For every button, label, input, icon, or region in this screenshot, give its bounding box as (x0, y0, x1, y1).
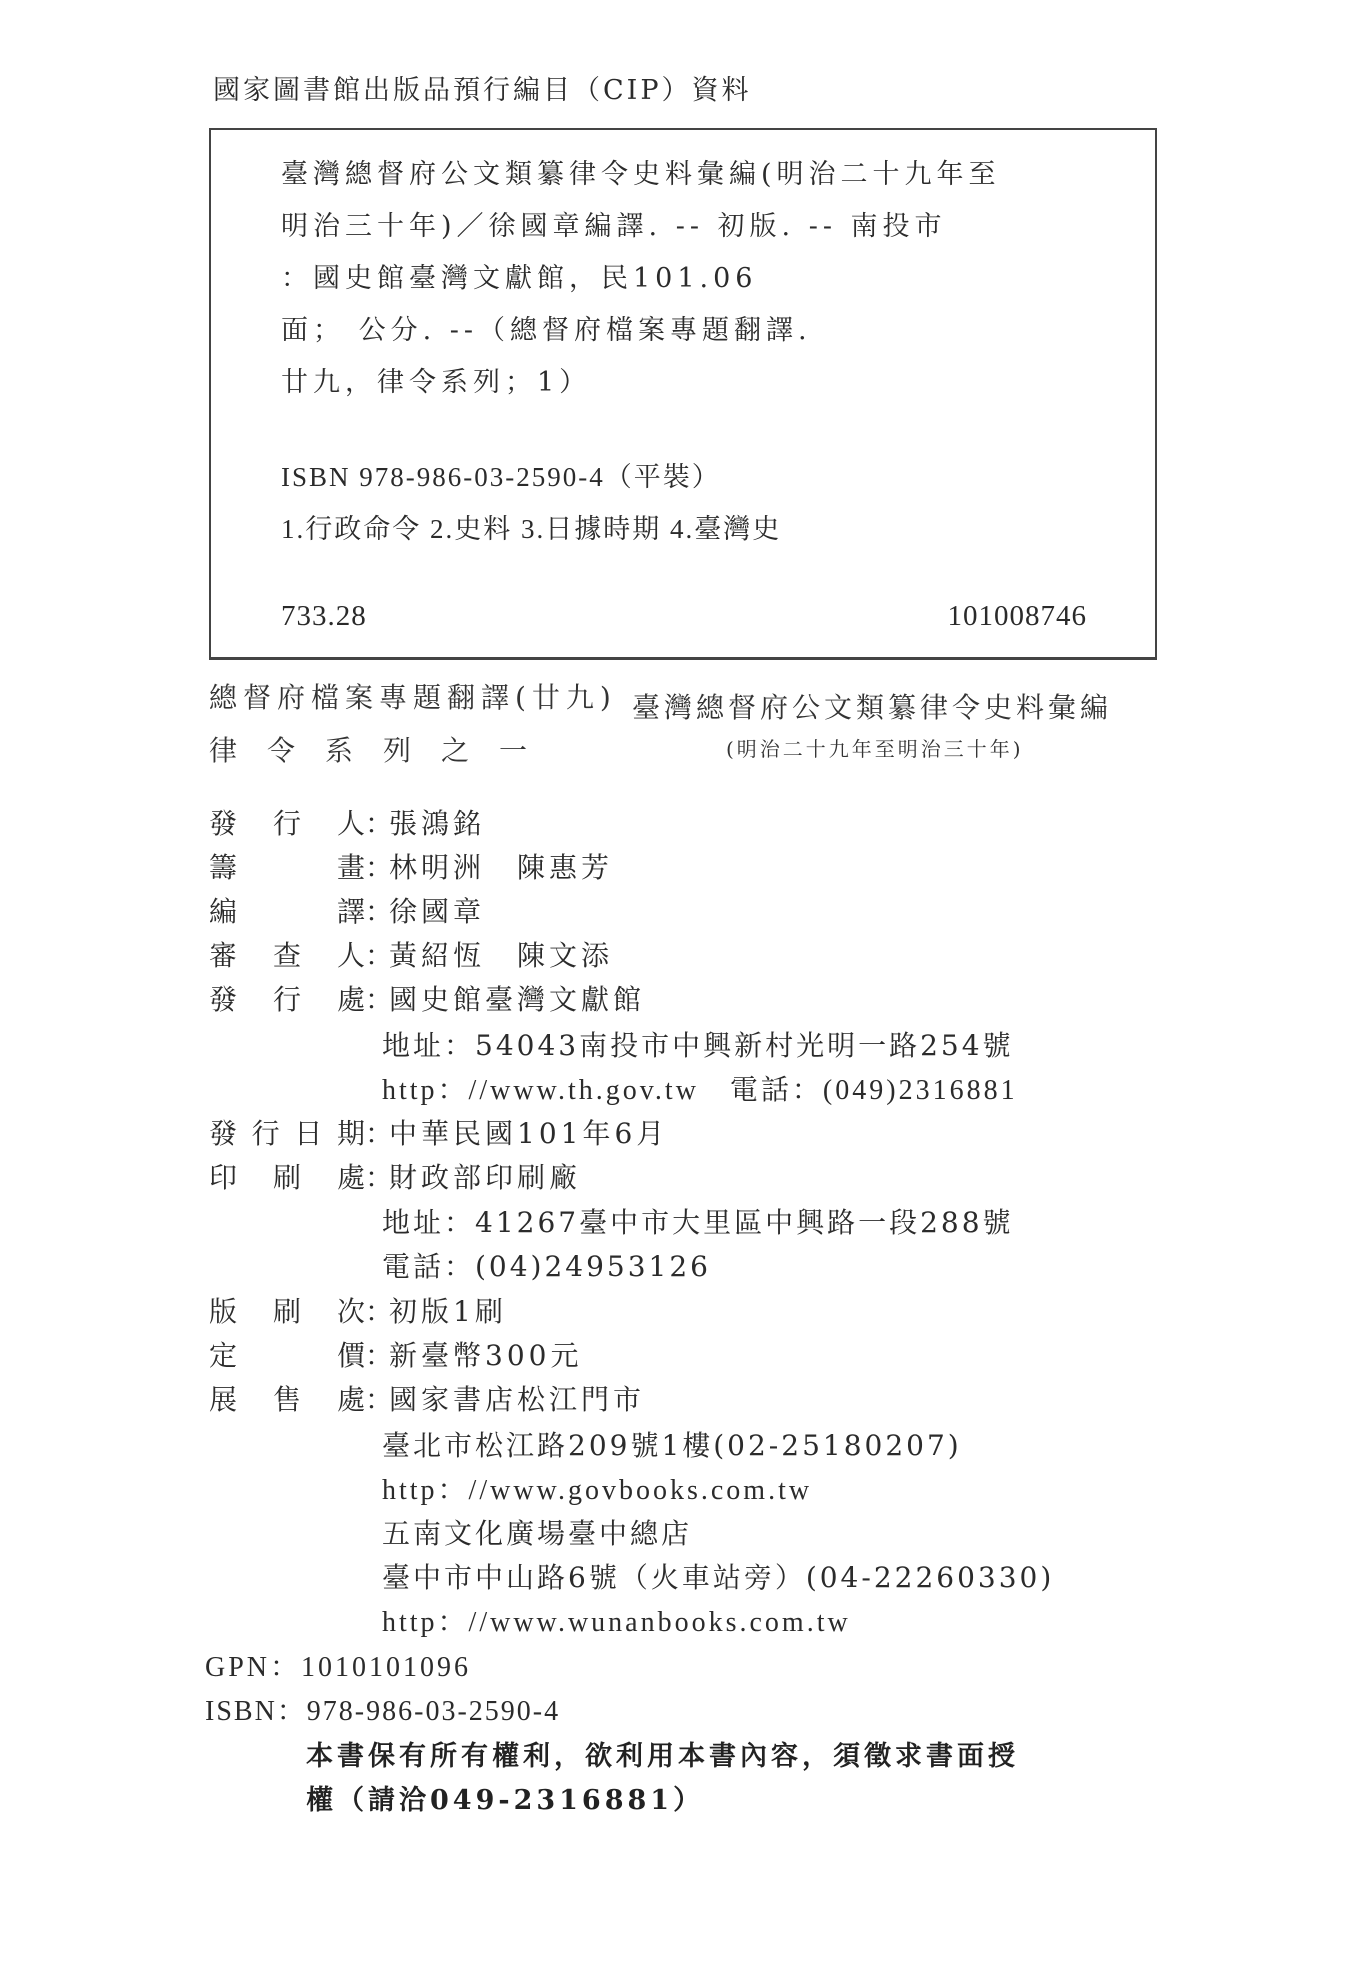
series-subtitle: 律令系列之一 (209, 729, 557, 769)
credit-value: 徐國章 (389, 890, 485, 930)
colon: ： (365, 1378, 389, 1418)
cip-title-line-2: 明治三十年)／徐國章編譯. -- 初版. -- 南投市 (281, 204, 947, 243)
sales-label: 展售處 (209, 1378, 365, 1418)
credit-row-publisher-org: 發行處 ： 國史館臺灣文獻館 (209, 978, 645, 1018)
cip-isbn-line: ISBN 978-986-03-2590-4（平裝） (281, 455, 721, 494)
credit-label: 籌畫 (209, 846, 365, 886)
issue-date-row: 發行日期 ： 中華民國101年6月 (209, 1112, 668, 1152)
book-title: 臺灣總督府公文類纂律令史料彙編 (632, 686, 1112, 726)
printer-label: 印刷處 (209, 1156, 365, 1196)
price-label: 定價 (209, 1334, 365, 1374)
cip-record-number: 101008746 (948, 600, 1088, 633)
isbn-number: ISBN：978-986-03-2590-4 (205, 1689, 560, 1729)
credit-value: 林明洲 陳惠芳 (389, 846, 613, 886)
edition-value: 初版1刷 (389, 1290, 507, 1330)
edition-row: 版刷次 ： 初版1刷 (209, 1290, 507, 1330)
issue-date-label: 發行日期 (209, 1112, 365, 1152)
cip-physical-line: 面； 公分. --（總督府檔案專題翻譯. (281, 308, 812, 347)
publisher-address: 地址：54043南投市中興新村光明一路254號 (382, 1024, 1014, 1064)
credit-value: 張鴻銘 (389, 802, 485, 842)
sales-store2-address: 臺中市中山路6號（火車站旁）(04-22260330) (382, 1556, 1054, 1596)
credit-value: 國史館臺灣文獻館 (389, 978, 645, 1018)
credit-row-translator: 編譯 ： 徐國章 (209, 890, 485, 930)
price-row: 定價 ： 新臺幣300元 (209, 1334, 582, 1374)
sales-row: 展售處 ： 國家書店松江門市 (209, 1378, 645, 1418)
cip-heading: 國家圖書館出版品預行編目（CIP）資料 (213, 68, 752, 107)
colon: ： (365, 846, 389, 886)
sales-store2-web[interactable]: http：//www.wunanbooks.com.tw (382, 1600, 851, 1640)
cip-subjects-line: 1.行政命令 2.史料 3.日據時期 4.臺灣史 (281, 507, 781, 546)
colon: ： (365, 802, 389, 842)
colon: ： (365, 934, 389, 974)
publisher-web-phone[interactable]: http：//www.th.gov.tw 電話：(049)2316881 (382, 1068, 1018, 1108)
printer-address: 地址：41267臺中市大里區中興路一段288號 (382, 1201, 1014, 1241)
credit-value: 黃紹恆 陳文添 (389, 934, 613, 974)
credit-row-reviewers: 審查人 ： 黃紹恆 陳文添 (209, 934, 613, 974)
credit-row-planning: 籌畫 ： 林明洲 陳惠芳 (209, 846, 613, 886)
colon: ： (365, 1290, 389, 1330)
issue-date-value: 中華民國101年6月 (389, 1112, 668, 1152)
colon: ： (365, 1334, 389, 1374)
edition-label: 版刷次 (209, 1290, 365, 1330)
sales-store1-web[interactable]: http：//www.govbooks.com.tw (382, 1468, 812, 1508)
credit-label: 發行處 (209, 978, 365, 1018)
credit-row-publisher-person: 發行人 ： 張鴻銘 (209, 802, 485, 842)
rights-notice-line-1: 本書保有所有權利，欲利用本書內容，須徵求書面授 (306, 1734, 1019, 1773)
rights-notice-line-2: 權（請洽049-2316881） (306, 1778, 704, 1817)
credit-label: 編譯 (209, 890, 365, 930)
credit-label: 審查人 (209, 934, 365, 974)
printer-value: 財政部印刷廠 (389, 1156, 581, 1196)
sales-store2-name: 五南文化廣場臺中總店 (382, 1512, 692, 1552)
book-subtitle: (明治二十九年至明治三十年) (726, 733, 1024, 762)
cip-publisher-line: ：國史館臺灣文獻館，民101.06 (281, 256, 757, 295)
sales-store1-address: 臺北市松江路209號1樓(02-25180207) (382, 1424, 962, 1464)
colon: ： (365, 890, 389, 930)
sales-store1-name: 國家書店松江門市 (389, 1378, 645, 1418)
colon: ： (365, 978, 389, 1018)
series-title: 總督府檔案專題翻譯(廿九) (209, 676, 617, 716)
cip-title-line-1: 臺灣總督府公文類纂律令史料彙編(明治二十九年至 (281, 152, 1001, 191)
gpn-number: GPN：1010101096 (205, 1645, 471, 1685)
printer-phone: 電話：(04)24953126 (382, 1245, 711, 1285)
colon: ： (365, 1156, 389, 1196)
price-value: 新臺幣300元 (389, 1334, 582, 1374)
colon: ： (365, 1112, 389, 1152)
cip-call-number: 733.28 (281, 600, 367, 633)
credit-label: 發行人 (209, 802, 365, 842)
cip-series-line: 廿九，律令系列；1） (281, 360, 591, 399)
printer-row: 印刷處 ： 財政部印刷廠 (209, 1156, 581, 1196)
cip-record-box: 臺灣總督府公文類纂律令史料彙編(明治二十九年至 明治三十年)／徐國章編譯. --… (209, 128, 1157, 660)
